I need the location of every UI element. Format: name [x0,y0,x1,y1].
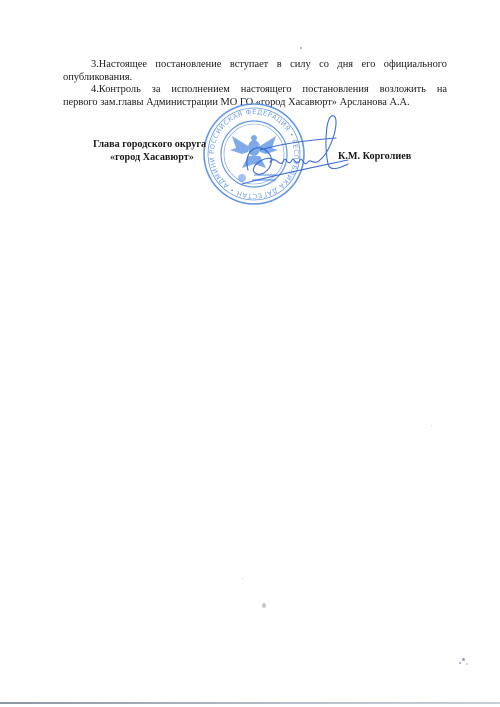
signatory-title: Глава городского округа «город Хасавюрт» [93,138,206,164]
scan-speck [459,662,461,664]
scan-speck [242,578,243,579]
signatory-name: К.М. Корголиев [338,151,411,162]
scan-bottom-edge [0,702,500,704]
scan-speck [262,603,266,608]
clause-3: 3.Настоящее постановление вступает в сил… [63,59,447,84]
signatory-title-line-1: Глава городского округа [93,138,206,151]
scan-speck [300,47,302,49]
clause-3-line-2: опубликования. [63,72,447,85]
handwritten-signature [240,110,350,200]
document-page: 3.Настоящее постановление вступает в сил… [0,0,500,707]
signatory-title-line-2: «город Хасавюрт» [93,151,206,164]
scan-speck [466,663,468,665]
clause-3-line-1: 3.Настоящее постановление вступает в сил… [63,59,447,72]
scan-speck [462,658,465,661]
scan-speck [431,425,432,426]
clause-4-line-1: 4.Контроль за исполнением настоящего пос… [63,84,447,97]
